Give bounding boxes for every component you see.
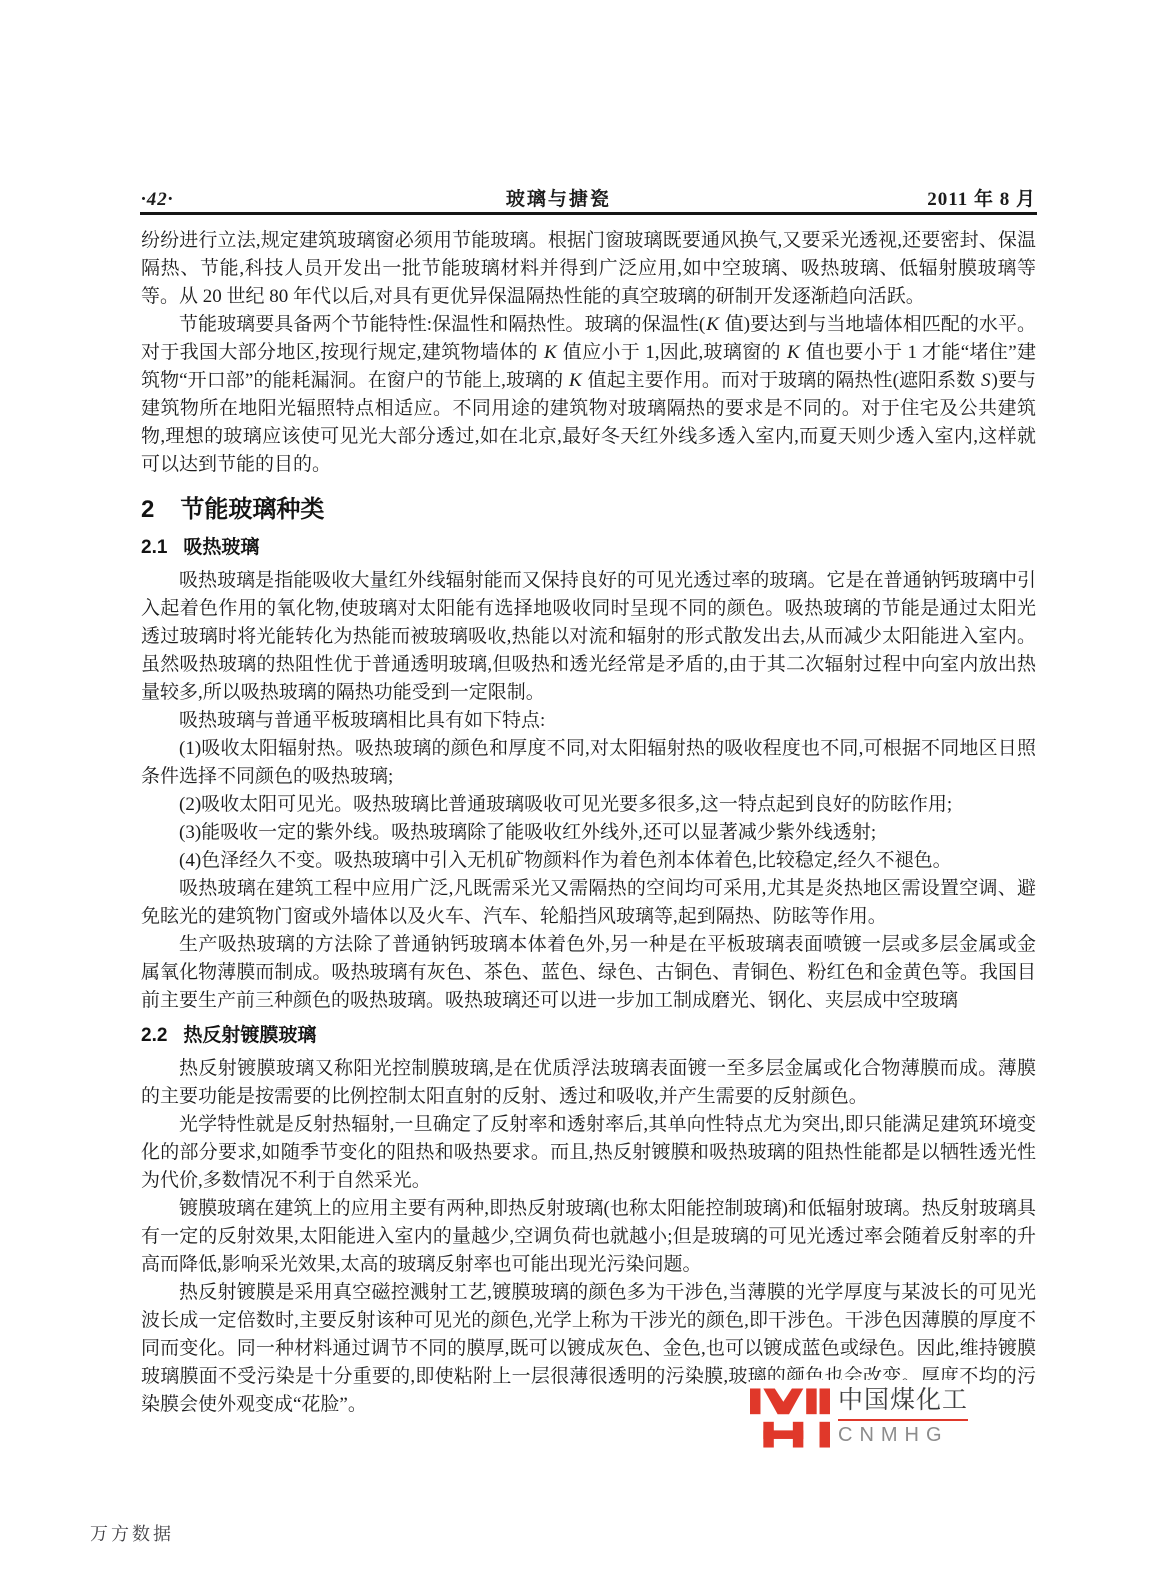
subsection-heading: 2.1吸热玻璃 — [141, 534, 1036, 561]
math-variable: K — [786, 342, 801, 363]
paragraph: 光学特性就是反射热辐射,一旦确定了反射率和透射率后,其单向性特点尤为突出,即只能… — [141, 1111, 1036, 1195]
math-variable: K — [705, 314, 720, 335]
page-number: ·42· — [141, 189, 174, 211]
paragraph: 吸热玻璃是指能吸收大量红外线辐射能而又保持良好的可见光透过率的玻璃。它是在普通钠… — [141, 567, 1036, 707]
cnmhg-logo-icon — [750, 1388, 830, 1448]
watermark-latin-name: CNMHG — [838, 1424, 968, 1447]
paragraph: 生产吸热玻璃的方法除了普通钠钙玻璃本体着色外,另一种是在平板玻璃表面喷镀一层或多… — [141, 931, 1036, 1015]
paragraph: (4)色泽经久不变。吸热玻璃中引入无机矿物颜料作为着色剂本体着色,比较稳定,经久… — [141, 847, 1036, 875]
heading-number: 2.1 — [141, 537, 167, 558]
subsection-heading: 2.2热反射镀膜玻璃 — [141, 1022, 1036, 1049]
paragraph: (1)吸收太阳辐射热。吸热玻璃的颜色和厚度不同,对太阳辐射热的吸收程度也不同,可… — [141, 735, 1036, 791]
paragraph: 热反射镀膜玻璃又称阳光控制膜玻璃,是在优质浮法玻璃表面镀一至多层金属或化合物薄膜… — [141, 1055, 1036, 1111]
page-header: ·42· 玻璃与搪瓷 2011 年 8 月 — [141, 184, 1036, 211]
watermark-text: 中国煤化工 CNMHG — [838, 1380, 968, 1447]
heading-number: 2 — [141, 496, 154, 523]
heading-text: 节能玻璃种类 — [180, 496, 324, 523]
math-variable: K — [568, 370, 583, 391]
math-variable: S — [980, 370, 992, 391]
wanfang-data-stamp: 万方数据 — [90, 1520, 174, 1546]
paragraph: 纷纷进行立法,规定建筑玻璃窗必须用节能玻璃。根据门窗玻璃既要通风换气,又要采光透… — [141, 227, 1036, 311]
issue-date: 2011 年 8 月 — [927, 184, 1036, 211]
heading-number: 2.2 — [141, 1025, 167, 1046]
article-body: 纷纷进行立法,规定建筑玻璃窗必须用节能玻璃。根据门窗玻璃既要通风换气,又要采光透… — [141, 227, 1036, 1419]
paragraph: (2)吸收太阳可见光。吸热玻璃比普通玻璃吸收可见光要多很多,这一特点起到良好的防… — [141, 791, 1036, 819]
watermark-chinese-name: 中国煤化工 — [838, 1380, 968, 1421]
paragraph: 镀膜玻璃在建筑上的应用主要有两种,即热反射玻璃(也称太阳能控制玻璃)和低辐射玻璃… — [141, 1195, 1036, 1279]
paragraph: 吸热玻璃与普通平板玻璃相比具有如下特点: — [141, 707, 1036, 735]
math-variable: K — [543, 342, 558, 363]
header-rule — [140, 212, 1037, 215]
section-heading: 2节能玻璃种类 — [141, 495, 1036, 525]
paragraph: 节能玻璃要具备两个节能特性:保温性和隔热性。玻璃的保温性(K 值)要达到与当地墙… — [141, 311, 1036, 479]
document-page: ·42· 玻璃与搪瓷 2011 年 8 月 纷纷进行立法,规定建筑玻璃窗必须用节… — [0, 0, 1176, 1574]
cnmhg-watermark: 中国煤化工 CNMHG — [750, 1380, 962, 1456]
heading-text: 吸热玻璃 — [183, 537, 259, 558]
journal-title: 玻璃与搪瓷 — [506, 184, 611, 211]
heading-text: 热反射镀膜玻璃 — [183, 1025, 316, 1046]
paragraph: (3)能吸收一定的紫外线。吸热玻璃除了能吸收红外线外,还可以显著减少紫外线透射; — [141, 819, 1036, 847]
paragraph: 吸热玻璃在建筑工程中应用广泛,凡既需采光又需隔热的空间均可采用,尤其是炎热地区需… — [141, 875, 1036, 931]
